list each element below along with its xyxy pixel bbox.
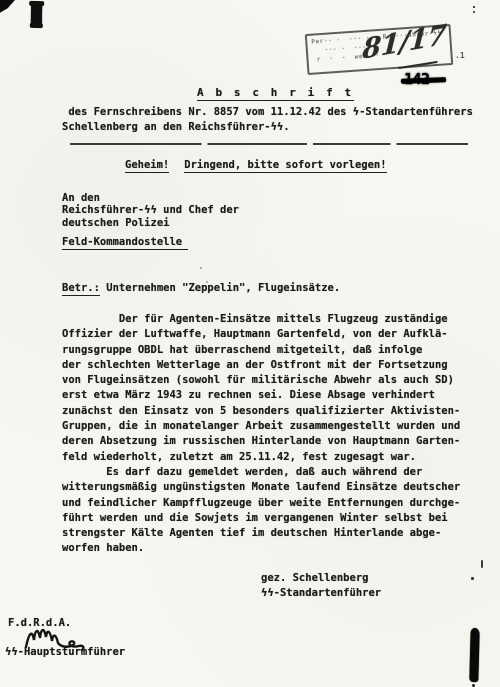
intro-paragraph: des Fernschreibens Nr. 8857 vom 11.12.42… <box>62 105 473 135</box>
signature-block: gez. Schellenberg ϟϟ-Standartenführer <box>261 571 381 602</box>
field-office-label: Feld-Kommandostelle <box>62 236 188 250</box>
document-title: A b s c h r i f t <box>197 86 354 101</box>
subject-line: Betr.: Unternehmen "Zeppelin", Flugeinsä… <box>62 282 340 294</box>
ink-blot-corner <box>0 0 15 17</box>
urgent-label: Dringend, bitte sofort vorlegen! <box>184 159 386 173</box>
ink-speck <box>481 560 483 568</box>
letter-body: Der für Agenten-Einsätze mittels Flugzeu… <box>62 312 476 557</box>
scanned-document-page: Per·· · ··· ·· R. ···ührer-ϟϟ ··· · ····… <box>0 0 500 687</box>
typed-divider-line <box>70 143 468 145</box>
ink-mark-top-left <box>31 2 42 27</box>
subject-label: Betr.: <box>62 282 100 296</box>
ink-speck <box>206 281 208 283</box>
field-office-line: Feld-Kommandostelle <box>62 236 188 248</box>
certification-rank: ϟϟ-Hauptsturmführer <box>5 646 125 658</box>
ink-speck <box>200 267 202 269</box>
strike-through-bar <box>401 77 446 83</box>
ink-speck <box>471 577 474 580</box>
ink-mark-bottom-right <box>469 628 479 682</box>
margin-note: .1 <box>455 51 465 60</box>
subject-text: Unternehmen "Zeppelin", Flugeinsätze. <box>100 282 340 294</box>
secrecy-notice: Geheim!Dringend, bitte sofort vorlegen! <box>125 159 387 171</box>
ink-speck <box>473 6 475 8</box>
recipient-address: An den Reichsführer-ϟϟ und Chef der deut… <box>62 192 239 229</box>
secret-label: Geheim! <box>125 159 169 173</box>
